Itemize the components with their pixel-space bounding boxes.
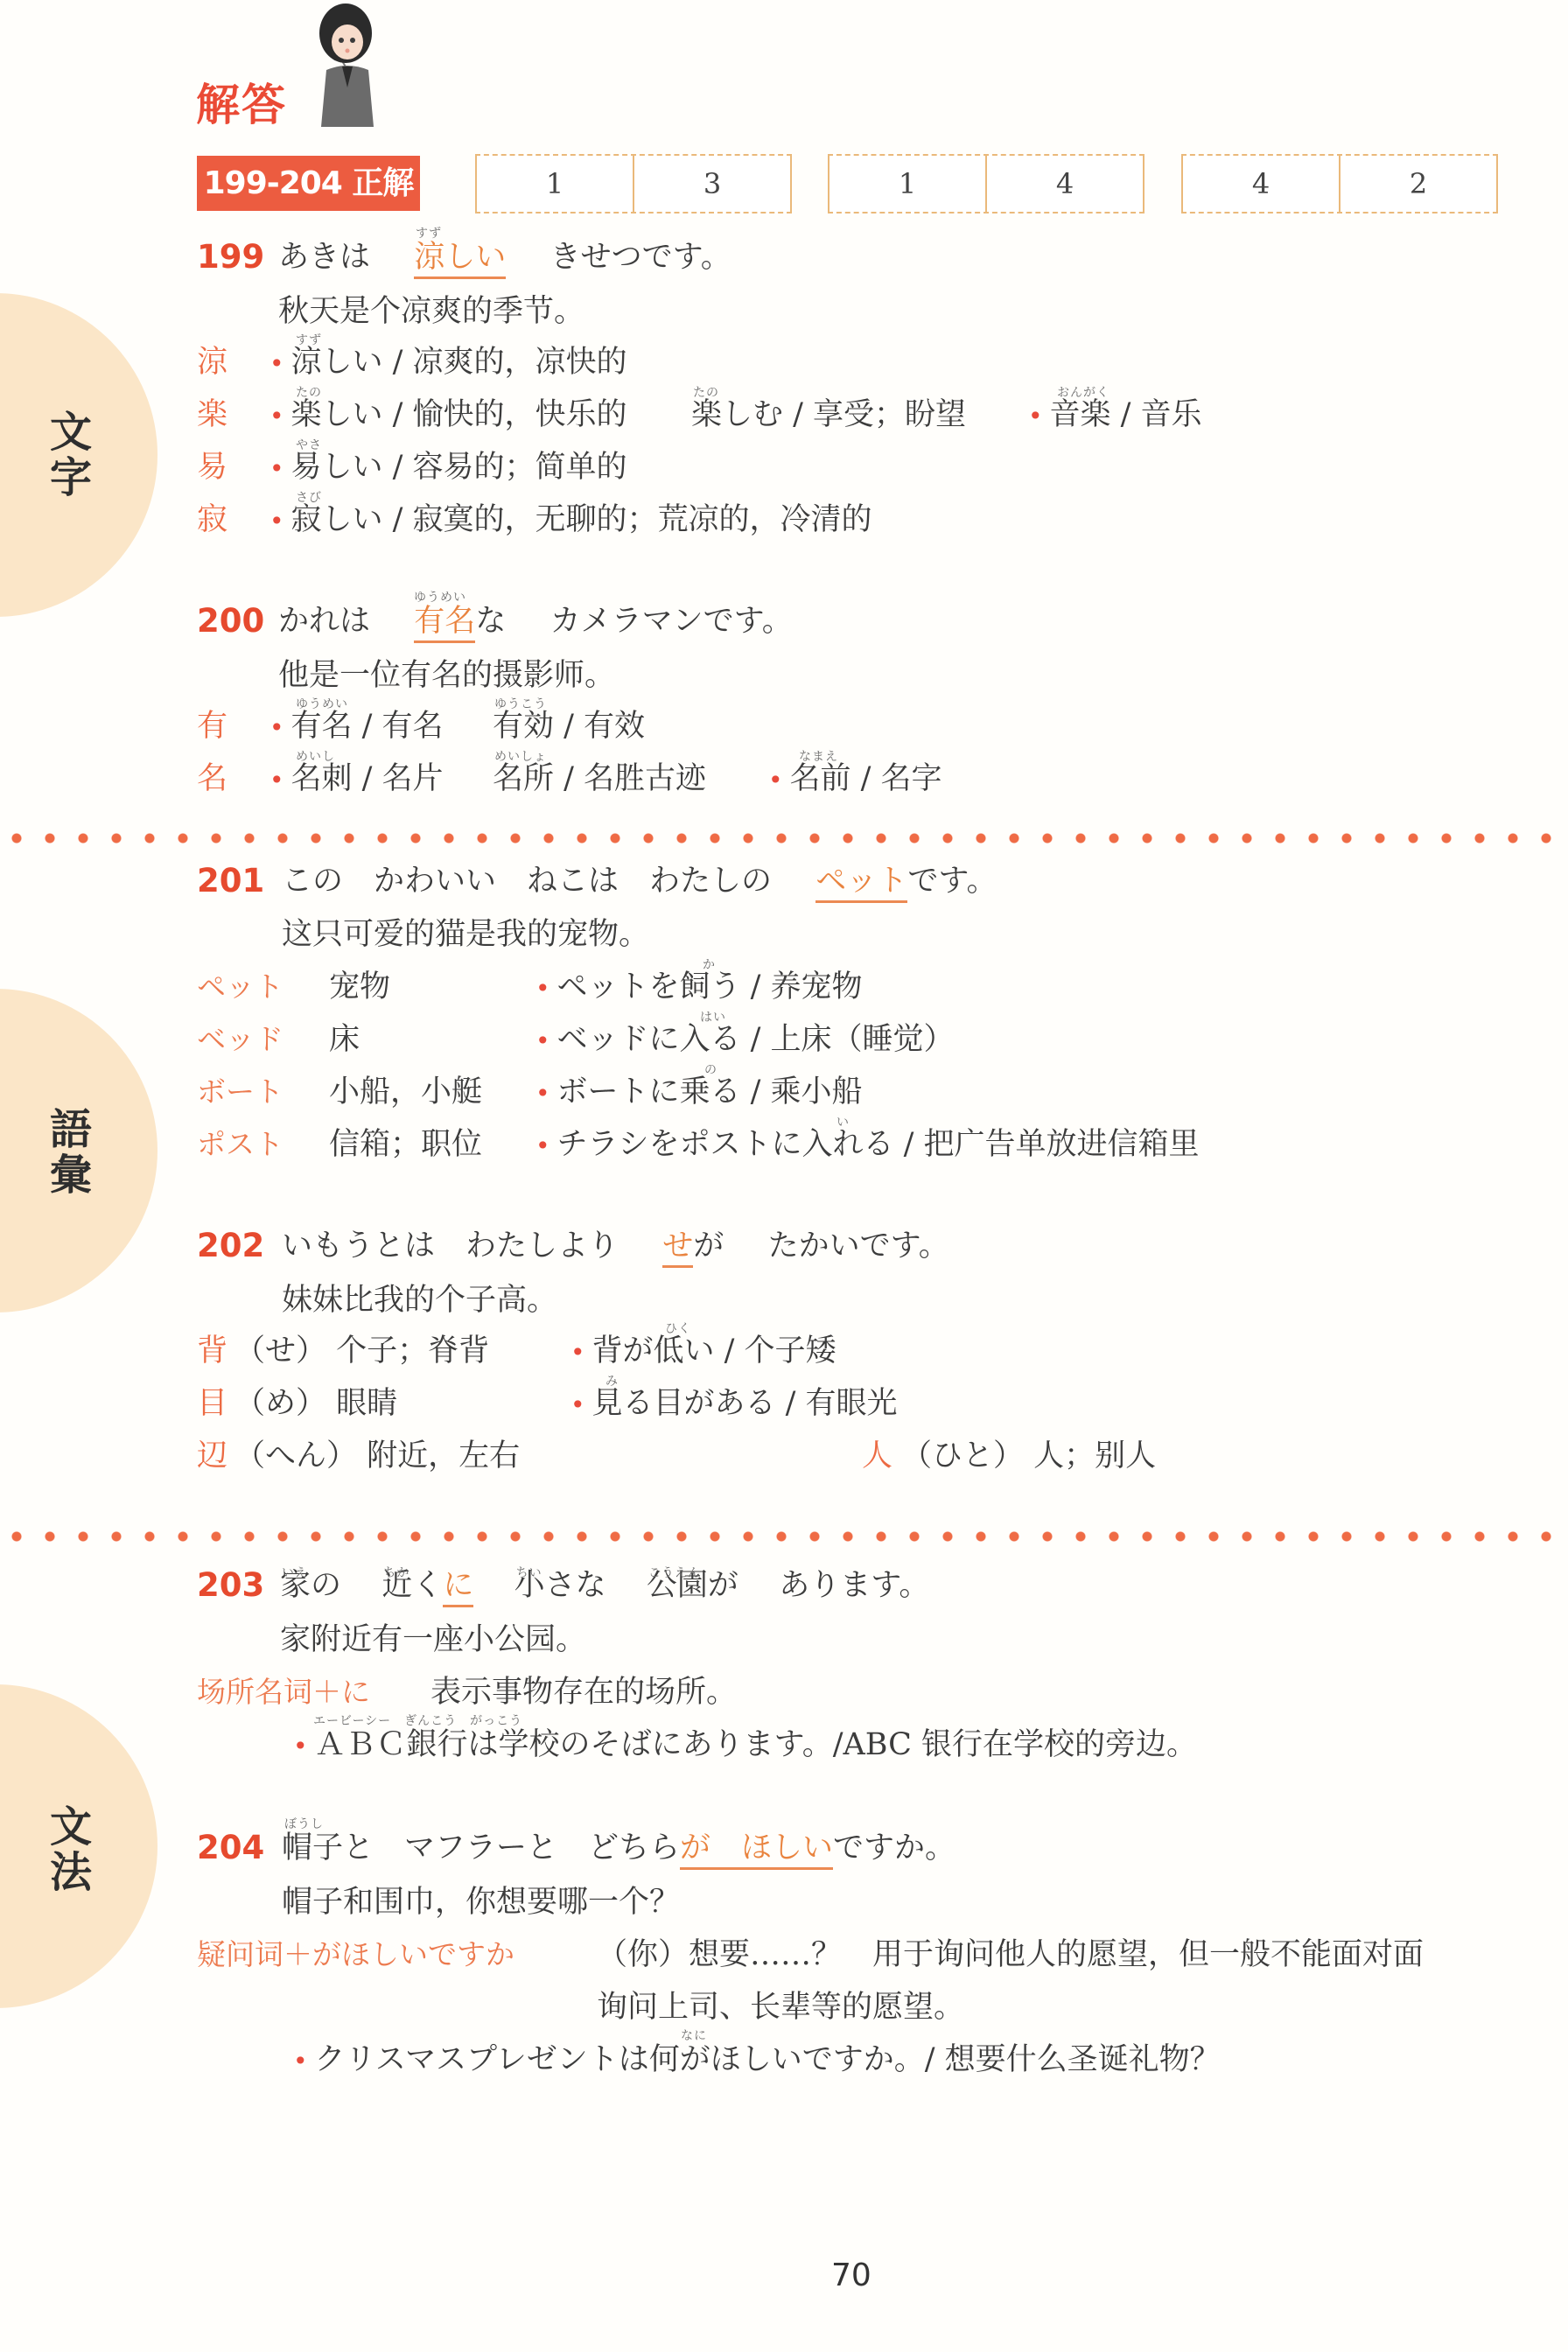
vocab-key: 有 bbox=[197, 707, 227, 745]
vocab-example: •背が低い / 个子矮 bbox=[570, 1332, 836, 1372]
vocab-item: 有効 / 有效 bbox=[493, 707, 645, 745]
dotted-separator bbox=[0, 1531, 1568, 1542]
side-tab-label-goi: 語彙 bbox=[49, 1107, 93, 1198]
vocab-meaning: 小船，小艇 bbox=[329, 1073, 482, 1111]
vocab-key: ポスト bbox=[197, 1125, 283, 1164]
bullet-icon: • bbox=[535, 1079, 550, 1108]
vocab-key: 名 bbox=[197, 759, 227, 798]
answer-range-badge: 199-204 正解 bbox=[197, 156, 420, 211]
answer-202: 4 bbox=[985, 156, 1143, 212]
vocab-example: •見る目がある / 有眼光 bbox=[570, 1384, 898, 1424]
vocab-key: 人 bbox=[862, 1437, 892, 1475]
grammar-key: 疑问词＋がほしいですか bbox=[197, 1935, 514, 1974]
page-title: 解答 bbox=[196, 70, 287, 133]
translation-200: 他是一位有名的摄影师。 bbox=[278, 656, 615, 695]
bullet-icon: • bbox=[570, 1390, 585, 1419]
vocab-item: •名前 / 名字 bbox=[768, 759, 942, 800]
answer-highlight: せ bbox=[662, 1228, 693, 1268]
bullet-icon: • bbox=[293, 1732, 308, 1760]
vocab-key: 辺 bbox=[197, 1437, 227, 1475]
bullet-icon: • bbox=[269, 766, 284, 794]
answer-200: 3 bbox=[633, 156, 790, 212]
vocab-example: •チラシをポストに入れる / 把广告单放进信箱里 bbox=[535, 1125, 1200, 1165]
side-tab-label-moji: 文字 bbox=[49, 409, 93, 500]
grammar-description: （你）想要……？ 用于询问他人的愿望，但一般不能面对面 bbox=[597, 1935, 1424, 1974]
bullet-icon: • bbox=[269, 402, 284, 430]
answer-highlight: 涼しい bbox=[414, 240, 506, 279]
question-sentence-203: いえ家の ちか近くに ちい小さな こうえん公園が あります。 bbox=[280, 1566, 929, 1605]
question-sentence-199: あきは 涼しい きせつです。 bbox=[278, 238, 731, 276]
translation-202: 妹妹比我的个子高。 bbox=[282, 1281, 557, 1319]
grammar-description: 表示事物存在的场所。 bbox=[430, 1673, 737, 1711]
question-sentence-204: 帽子と マフラーと どちらが ほしいですか。 bbox=[282, 1829, 955, 1867]
vocab-item: •寂しい / 寂寞的，无聊的；荒凉的，冷清的 bbox=[269, 500, 872, 541]
translation-203: 家附近有一座小公园。 bbox=[280, 1620, 586, 1659]
side-tab-label-bunpo: 文法 bbox=[49, 1804, 93, 1895]
vocab-meaning: 宠物 bbox=[329, 968, 390, 1006]
vocab-meaning: （ひと） 人；别人 bbox=[901, 1437, 1156, 1475]
answer-highlight: が ほしい bbox=[680, 1830, 833, 1870]
vocab-item: •楽しい / 愉快的，快乐的 bbox=[269, 395, 627, 436]
bullet-icon: • bbox=[269, 507, 284, 535]
page-number: 70 bbox=[831, 2257, 871, 2293]
question-number-204: 204 bbox=[197, 1829, 264, 1866]
vocab-meaning: （め） 眼睛 bbox=[234, 1384, 397, 1423]
translation-199: 秋天是个凉爽的季节。 bbox=[278, 292, 584, 331]
vocab-key: ボート bbox=[197, 1073, 283, 1111]
furigana: ゆうめい bbox=[414, 588, 466, 605]
answer-group-3: 4 2 bbox=[1181, 154, 1498, 213]
grammar-key: 场所名词＋に bbox=[197, 1673, 370, 1711]
vocab-item: •名刺 / 名片 bbox=[269, 759, 444, 800]
bullet-icon: • bbox=[570, 1338, 585, 1367]
answer-group-2: 1 4 bbox=[828, 154, 1144, 213]
answer-group-1: 1 3 bbox=[475, 154, 792, 213]
bullet-icon: • bbox=[535, 974, 550, 1003]
vocab-item: •有名 / 有名 bbox=[269, 707, 444, 747]
vocab-item: 楽しむ / 享受；盼望 bbox=[691, 395, 966, 434]
question-sentence-202: いもうとは わたしより せが たかいです。 bbox=[282, 1227, 949, 1265]
bullet-icon: • bbox=[535, 1131, 550, 1160]
vocab-example: •ボートに乗る / 乘小船 bbox=[535, 1073, 863, 1113]
question-number-200: 200 bbox=[197, 602, 264, 640]
grammar-example: •ＡＢＣ銀行は学校のそばにあります。/ABC 银行在学校的旁边。 bbox=[293, 1725, 1197, 1766]
question-sentence-200: かれは 有名な カメラマンです。 bbox=[278, 602, 793, 640]
bullet-icon: • bbox=[269, 454, 284, 483]
teacher-mascot-icon bbox=[293, 0, 389, 127]
vocab-meaning: （せ） 个子；脊背 bbox=[234, 1332, 489, 1370]
question-number-202: 202 bbox=[197, 1227, 264, 1264]
answer-highlight: に bbox=[443, 1568, 473, 1607]
vocab-item: •音楽 / 音乐 bbox=[1028, 395, 1202, 436]
grammar-description-cont: 询问上司、长辈等的愿望。 bbox=[597, 1988, 964, 2026]
vocab-key: 目 bbox=[197, 1384, 227, 1423]
vocab-item: •易しい / 容易的；简单的 bbox=[269, 448, 627, 488]
question-sentence-201: この かわいい ねこは わたしの ペットです。 bbox=[282, 862, 997, 900]
vocab-key: 涼 bbox=[197, 343, 227, 381]
question-number-201: 201 bbox=[197, 862, 264, 899]
bullet-icon: • bbox=[269, 349, 284, 378]
vocab-meaning: （へん） 附近，左右 bbox=[234, 1437, 520, 1475]
bullet-icon: • bbox=[768, 766, 783, 794]
answer-203: 4 bbox=[1183, 156, 1339, 212]
furigana: すず bbox=[416, 224, 442, 241]
vocab-example: •ペットを飼う / 养宠物 bbox=[535, 968, 863, 1008]
answer-204: 2 bbox=[1339, 156, 1496, 212]
vocab-meaning: 信箱；职位 bbox=[329, 1125, 482, 1164]
vocab-key: 易 bbox=[197, 448, 227, 486]
answer-highlight: ペット bbox=[815, 864, 907, 903]
translation-204: 帽子和围巾，你想要哪一个？ bbox=[282, 1883, 680, 1921]
grammar-example: •クリスマスプレゼントは何がほしいですか。/ 想要什么圣诞礼物？ bbox=[293, 2040, 1221, 2081]
furigana: ちか bbox=[383, 1554, 409, 1592]
bullet-icon: • bbox=[535, 1026, 550, 1055]
vocab-key: 背 bbox=[197, 1332, 227, 1370]
furigana: こうえん bbox=[648, 1554, 701, 1592]
vocab-item: 名所 / 名胜古迹 bbox=[493, 759, 706, 798]
vocab-example: •ベッドに入る / 上床（睡觉） bbox=[535, 1020, 955, 1060]
furigana: ちい bbox=[516, 1554, 542, 1592]
vocab-key: ペット bbox=[197, 968, 283, 1006]
answer-199: 1 bbox=[477, 156, 633, 212]
dotted-separator bbox=[0, 833, 1568, 843]
bullet-icon: • bbox=[269, 713, 284, 742]
translation-201: 这只可爱的猫是我的宠物。 bbox=[282, 915, 649, 954]
bullet-icon: • bbox=[1028, 402, 1043, 430]
question-number-199: 199 bbox=[197, 238, 264, 276]
answer-201: 1 bbox=[829, 156, 985, 212]
furigana: いえ bbox=[282, 1554, 308, 1592]
bullet-icon: • bbox=[293, 2047, 308, 2075]
answer-highlight: 有名 bbox=[414, 604, 475, 643]
vocab-key: 楽 bbox=[197, 395, 227, 434]
question-number-203: 203 bbox=[197, 1566, 264, 1604]
vocab-key: 寂 bbox=[197, 500, 227, 539]
vocab-meaning: 床 bbox=[329, 1020, 360, 1059]
vocab-item: •涼しい / 凉爽的，凉快的 bbox=[269, 343, 627, 383]
vocab-key: ベッド bbox=[197, 1020, 283, 1059]
